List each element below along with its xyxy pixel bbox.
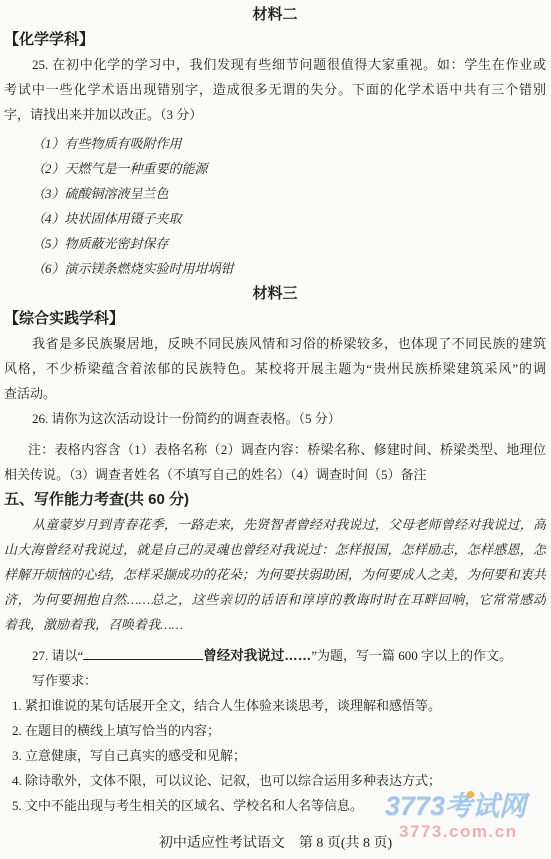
q25-text-line: 25. 在初中化学的学习中，我们发现有些细节问题很值得大家重视。如：学生在作业或	[4, 52, 546, 77]
requirements-label: 写作要求：	[4, 668, 546, 693]
q25-item-3: （3）硫酸铜溶液呈兰色	[4, 181, 546, 206]
material2-subject-label: 【化学学科】	[4, 27, 546, 52]
requirement-1: 1. 紧扣谁说的某句话展开全文，结合人生体验来谈思考，谈理解和感悟等。	[4, 693, 546, 718]
material3-intro-line: 风格，不少桥梁蕴含着浓郁的民族特色。某校将开展主题为“贵州民族桥梁建筑采风”的调	[4, 356, 546, 381]
q26-note-line: 相关传说。（3）调查者姓名（不填写自己的姓名）（4）调查时间（5）备注	[4, 462, 546, 487]
exam-page: 材料二 【化学学科】 25. 在初中化学的学习中，我们发现有些细节问题很值得大家…	[4, 2, 546, 818]
material3-heading: 材料三	[4, 281, 546, 306]
essay-prompt-line: 济，为何要拥抱自然……总之，这些亲切的话语和谆谆的教诲时时在耳畔回响，它常常感动	[4, 587, 546, 612]
q27-prefix: 27. 请以“	[32, 648, 83, 663]
q25-text-line: 字，请找出来并加以改正。（3 分）	[4, 102, 546, 127]
q27-title-bold: 曾经对我说过……	[203, 648, 311, 663]
q27-line: 27. 请以“曾经对我说过……”为题，写一篇 600 字以上的作文。	[4, 643, 546, 668]
q25-item-4: （4）块状固体用镊子夹取	[4, 206, 546, 231]
material3-intro-line: 查活动。	[4, 381, 546, 406]
q27-suffix: ”为题，写一篇 600 字以上的作文。	[311, 648, 512, 663]
essay-prompt-line: 样解开烦恼的心结，怎样采撷成功的花朵；为何要扶弱助困，为何要成人之美，为何要和衷…	[4, 562, 546, 587]
requirement-2: 2. 在题目的横线上填写恰当的内容；	[4, 718, 546, 743]
q25-item-2: （2）天燃气是一种重要的能源	[4, 156, 546, 181]
q25-item-1: （1）有些物质有吸附作用	[4, 131, 546, 156]
page-footer: 初中适应性考试语文 第 8 页(共 8 页)	[0, 832, 551, 852]
q25-text-line: 考试中一些化学术语出现错别字，造成很多无谓的失分。下面的化学术语中共有三个错别	[4, 77, 546, 102]
section5-heading: 五、写作能力考查(共 60 分)	[4, 487, 546, 512]
material3-intro-line: 我省是多民族聚居地，反映不同民族风情和习俗的桥梁较多，也体现了不同民族的建筑	[4, 331, 546, 356]
essay-prompt-line: 山大海曾经对我说过，就是自己的灵魂也曾经对我说过：怎样报国，怎样励志，怎样感恩，…	[4, 537, 546, 562]
material2-heading: 材料二	[4, 2, 546, 27]
q25-item-6: （6）演示镁条燃烧实验时用坩埚钳	[4, 256, 546, 281]
q26-note-line: 注：表格内容含（1）表格名称（2）调查内容：桥梁名称、修建时间、桥梁类型、地理位…	[4, 437, 546, 462]
essay-prompt-line: 着我，激励着我，召唤着我……	[4, 612, 546, 637]
q26-line: 26. 请你为这次活动设计一份简约的调查表格。（5 分）	[4, 406, 546, 431]
q27-blank-underline	[83, 646, 203, 660]
requirement-4: 4. 除诗歌外，文体不限，可以议论、记叙，也可以综合运用多种表达方式；	[4, 768, 546, 793]
requirement-3: 3. 立意健康，写自己真实的感受和见解；	[4, 743, 546, 768]
material3-subject-label: 【综合实践学科】	[4, 306, 546, 331]
q25-item-5: （5）物质蔽光密封保存	[4, 231, 546, 256]
requirement-5: 5. 文中不能出现与考生相关的区域名、学校名和人名等信息。	[4, 793, 546, 818]
essay-prompt-line: 从童蒙岁月到青春花季，一路走来，先贤智者曾经对我说过，父母老师曾经对我说过，高	[4, 512, 546, 537]
